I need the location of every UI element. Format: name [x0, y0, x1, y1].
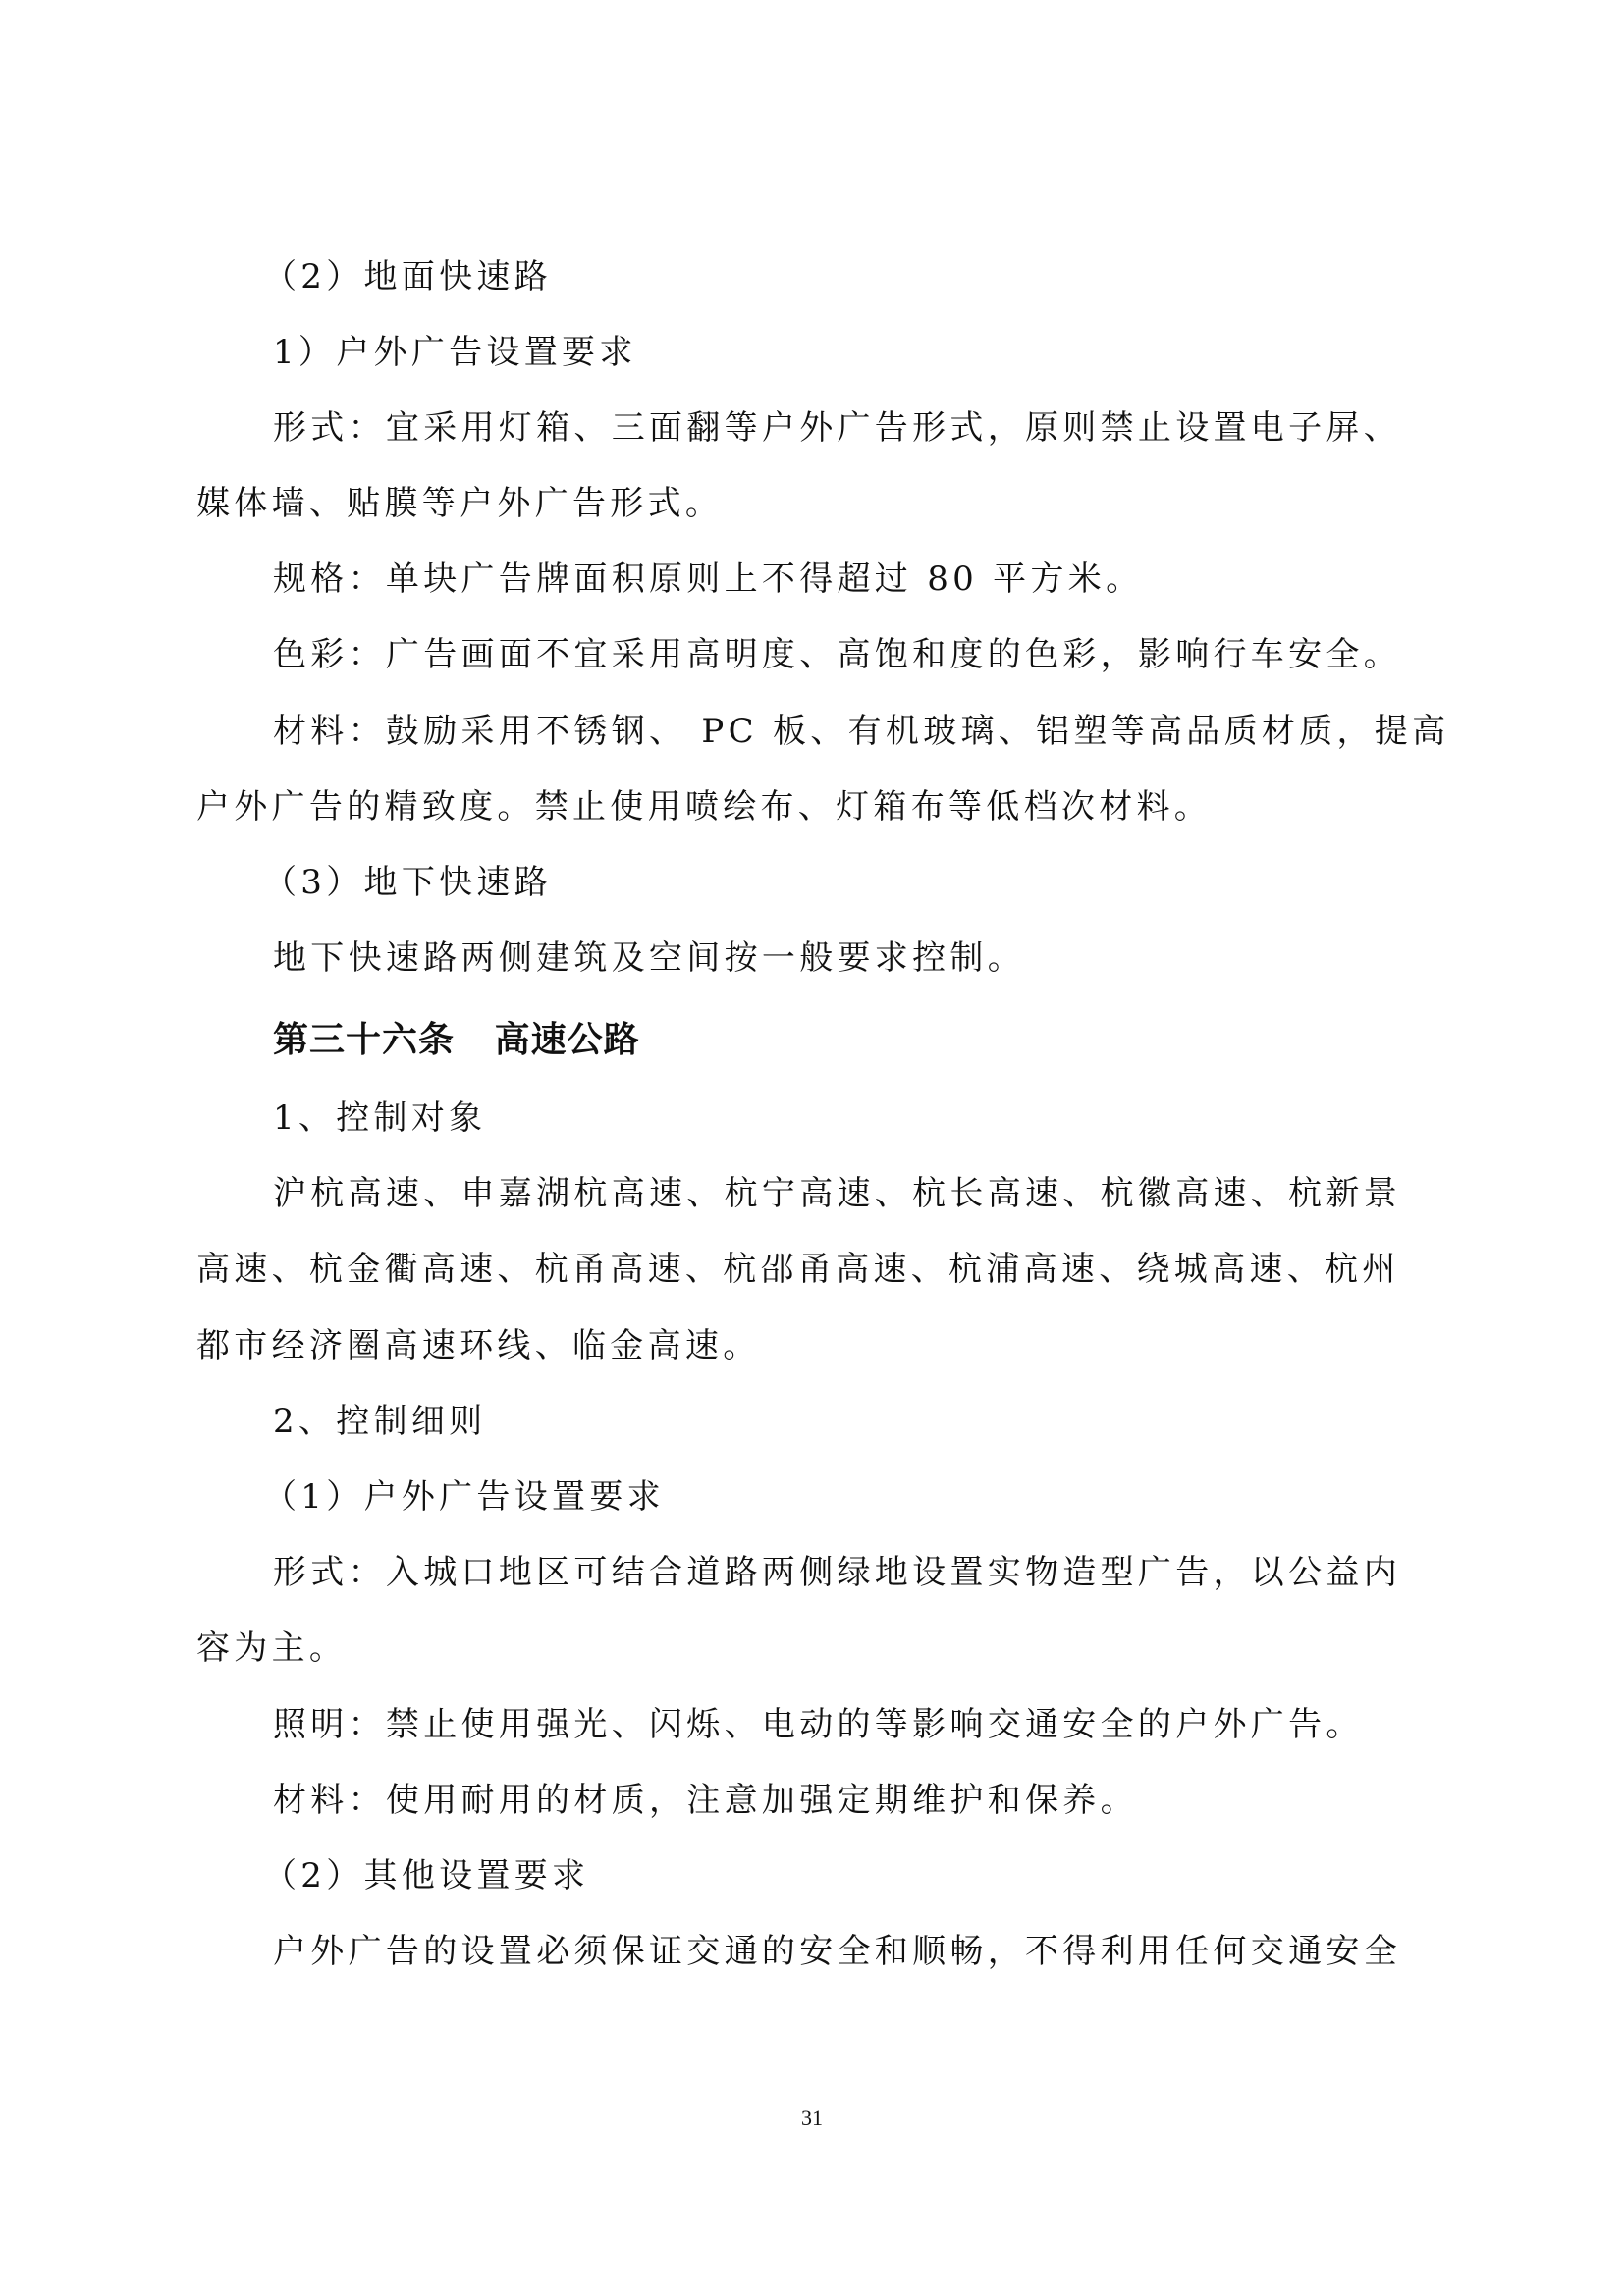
- subsection-heading: （2）其他设置要求: [263, 1856, 589, 1896]
- section-heading: 1、控制对象: [273, 1098, 486, 1138]
- subsection-heading: （3）地下快速路: [263, 863, 552, 902]
- sub-item-heading: 1）户外广告设置要求: [273, 333, 637, 372]
- paragraph-line: 材料：使用耐用的材质，注意加强定期维护和保养。: [273, 1781, 1138, 1820]
- article-heading: 第三十六条 高速公路: [273, 1019, 640, 1062]
- paragraph-line: 沪杭高速、申嘉湖杭高速、杭宁高速、杭长高速、杭徽高速、杭新景: [273, 1174, 1401, 1213]
- subsection-heading: （2）地面快速路: [263, 257, 552, 296]
- paragraph-line: 形式：入城口地区可结合道路两侧绿地设置实物造型广告，以公益内: [273, 1553, 1401, 1592]
- subsection-heading: （1）户外广告设置要求: [263, 1477, 665, 1517]
- paragraph-line: 形式：宜采用灯箱、三面翻等户外广告形式，原则禁止设置电子屏、: [273, 408, 1401, 448]
- paragraph-line: 媒体墙、贴膜等户外广告形式。: [196, 484, 723, 523]
- paragraph-line: 户外广告的精致度。禁止使用喷绘布、灯箱布等低档次材料。: [196, 787, 1212, 827]
- document-page: （2）地面快速路 1）户外广告设置要求 形式：宜采用灯箱、三面翻等户外广告形式，…: [0, 0, 1624, 2296]
- paragraph-line: 户外广告的设置必须保证交通的安全和顺畅，不得利用任何交通安全: [273, 1932, 1401, 1971]
- paragraph-line: 高速、杭金衢高速、杭甬高速、杭邵甬高速、杭浦高速、绕城高速、杭州: [196, 1250, 1400, 1289]
- section-heading: 2、控制细则: [273, 1402, 486, 1441]
- paragraph-line: 照明：禁止使用强光、闪烁、电动的等影响交通安全的户外广告。: [273, 1705, 1364, 1744]
- paragraph-line: 地下快速路两侧建筑及空间按一般要求控制。: [273, 938, 1025, 978]
- paragraph-line: 规格：单块广告牌面积原则上不得超过 80 平方米。: [273, 560, 1143, 599]
- paragraph-line: 都市经济圈高速环线、临金高速。: [196, 1326, 761, 1365]
- paragraph-line: 容为主。: [196, 1629, 347, 1668]
- page-number: 31: [0, 2106, 1624, 2131]
- paragraph-line: 材料：鼓励采用不锈钢、 PC 板、有机玻璃、铝塑等高品质材质，提高: [273, 712, 1449, 751]
- paragraph-line: 色彩：广告画面不宜采用高明度、高饱和度的色彩，影响行车安全。: [273, 635, 1401, 674]
